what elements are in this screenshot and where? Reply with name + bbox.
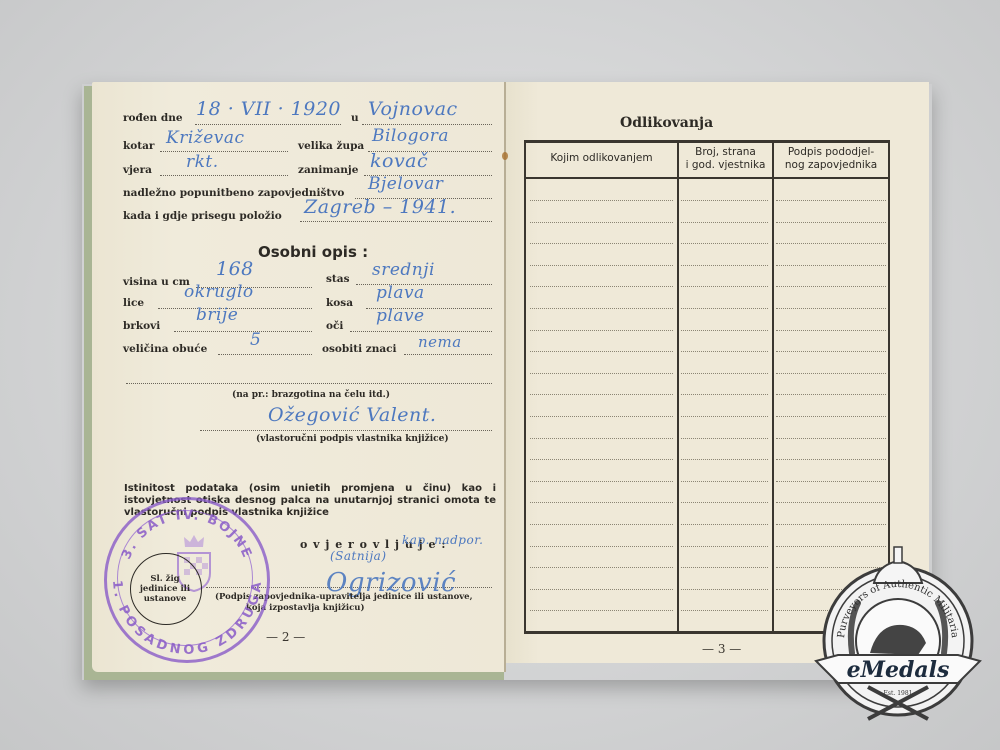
field-line: [404, 354, 492, 355]
table-row-line: [530, 416, 673, 417]
label-religion: vjera: [123, 164, 152, 176]
table-row-line: [530, 222, 673, 223]
value-distinguishing-marks: nema: [418, 333, 462, 351]
table-row-line: [530, 459, 673, 460]
table-row-line: [776, 524, 886, 525]
label-born-place: u: [351, 112, 359, 124]
table-row-line: [776, 308, 886, 309]
certified-by-unit: (Satnija): [330, 549, 387, 563]
label-district: kotar: [123, 140, 154, 152]
label-moustache: brkovi: [123, 320, 160, 332]
table-row-line: [776, 459, 886, 460]
table-row-line: [681, 416, 768, 417]
column-header-text: Broj, strana: [679, 146, 772, 159]
value-face: okruglo: [184, 282, 254, 302]
column-header-text: Podpis pododjel-: [774, 146, 888, 159]
signature-line: [200, 430, 492, 431]
label-distinguishing-marks: osobiti znaci: [322, 343, 397, 355]
table-row-line: [530, 330, 673, 331]
label-county: velika župa: [298, 140, 364, 152]
label-hair: kosa: [326, 297, 353, 309]
value-recruitment-command: Bjelovar: [368, 174, 443, 194]
value-oath: Zagreb – 1941.: [304, 196, 456, 218]
label-born-date: rođen dne: [123, 112, 183, 124]
table-row-line: [681, 438, 768, 439]
table-row-line: [530, 265, 673, 266]
value-occupation: kovač: [370, 150, 428, 172]
column-header-gazette: Broj, strana i god. vjestnika: [679, 146, 772, 172]
value-born-place: Vojnovac: [368, 98, 458, 120]
table-row-line: [530, 567, 673, 568]
table-row-line: [776, 330, 886, 331]
table-row-line: [530, 243, 673, 244]
value-moustache: brije: [196, 305, 238, 325]
table-row-line: [530, 481, 673, 482]
field-line: [350, 331, 492, 332]
table-row-line: [681, 546, 768, 547]
svg-text:3. SAT IV. BOJNE: 3. SAT IV. BOJNE: [119, 508, 255, 562]
table-row-line: [776, 243, 886, 244]
table-row-line: [530, 286, 673, 287]
table-row-line: [530, 502, 673, 503]
page-number-left: — 2 —: [266, 630, 305, 644]
value-county: Bilogora: [372, 126, 449, 146]
column-header-text: Kojim odlikovanjem: [526, 152, 677, 165]
table-row-line: [530, 610, 673, 611]
table-row-line: [681, 567, 768, 568]
field-line: [160, 175, 288, 176]
table-row-line: [530, 589, 673, 590]
column-header-text: i god. vjestnika: [679, 159, 772, 172]
column-header-decoration: Kojim odlikovanjem: [526, 152, 677, 165]
value-hair: plava: [376, 283, 425, 303]
personal-description-heading: Osobni opis :: [258, 243, 368, 261]
seal-placeholder-label: Sl. žig jedinice ili ustanove: [130, 574, 200, 604]
table-row-line: [776, 416, 886, 417]
marks-hint: (na pr.: brazgotina na čelu itd.): [232, 390, 390, 400]
seal-label-line: ustanove: [130, 594, 200, 604]
rust-spot: [502, 152, 508, 160]
label-build: stas: [326, 273, 349, 285]
table-row-line: [776, 481, 886, 482]
table-row-line: [681, 243, 768, 244]
table-row-line: [530, 373, 673, 374]
column-header-signature: Podpis pododjel- nog zapovjednika: [774, 146, 888, 172]
field-line: [126, 383, 492, 384]
table-row-line: [776, 286, 886, 287]
table-row-line: [776, 222, 886, 223]
column-separator: [772, 140, 774, 634]
decorations-title: Odlikovanja: [620, 115, 713, 131]
table-row-line: [776, 373, 886, 374]
field-line: [300, 221, 492, 222]
field-line: [218, 354, 312, 355]
table-row-line: [530, 394, 673, 395]
field-line: [195, 124, 341, 125]
table-row-line: [776, 438, 886, 439]
booklet-spine: [504, 82, 506, 672]
table-row-line: [681, 200, 768, 201]
table-row-line: [681, 330, 768, 331]
value-height: 168: [216, 258, 254, 280]
value-shoe-size: 5: [250, 330, 261, 350]
owner-signature: Ožegović Valent.: [268, 404, 436, 426]
table-row-line: [681, 373, 768, 374]
seal-label-line: jedinice ili: [130, 584, 200, 594]
table-row-line: [776, 502, 886, 503]
table-row-line: [530, 524, 673, 525]
table-row-line: [681, 481, 768, 482]
table-row-line: [681, 524, 768, 525]
label-shoe-size: veličina obuće: [123, 343, 207, 355]
column-separator: [677, 140, 679, 634]
field-line: [362, 124, 492, 125]
table-row-line: [530, 308, 673, 309]
table-row-line: [681, 351, 768, 352]
value-build: srednji: [372, 260, 435, 280]
table-row-line: [681, 394, 768, 395]
table-row-line: [681, 222, 768, 223]
table-row-line: [530, 351, 673, 352]
seal-label-line: Sl. žig: [130, 574, 200, 584]
table-row-line: [681, 265, 768, 266]
table-row-line: [776, 394, 886, 395]
page-number-right: — 3 —: [702, 642, 741, 656]
table-row-line: [530, 200, 673, 201]
value-eyes: plave: [376, 306, 425, 326]
table-header-rule: [524, 177, 890, 179]
value-religion: rkt.: [186, 152, 219, 172]
table-row-line: [776, 265, 886, 266]
label-face: lice: [123, 297, 144, 309]
table-row-line: [681, 459, 768, 460]
value-district: Križevac: [166, 128, 245, 148]
table-row-line: [776, 351, 886, 352]
field-line: [174, 331, 312, 332]
table-row-line: [681, 589, 768, 590]
table-row-line: [681, 610, 768, 611]
label-height: visina u cm: [123, 276, 190, 288]
field-line: [160, 151, 288, 152]
certified-by-rank: kap. nadpor.: [402, 533, 483, 547]
svg-text:eMedals: eMedals: [847, 657, 950, 683]
label-oath: kada i gdje prisegu položio: [123, 210, 282, 222]
emedals-watermark-logo: eMedals Est. 1981 Purveyors of Authentic…: [808, 543, 988, 728]
label-occupation: zanimanje: [298, 164, 358, 176]
table-row-line: [530, 438, 673, 439]
table-row-line: [681, 502, 768, 503]
column-header-text: nog zapovjednika: [774, 159, 888, 172]
table-row-line: [530, 546, 673, 547]
owner-signature-caption: (vlastoručni podpis vlastnika knjižice): [256, 434, 449, 444]
table-row-line: [681, 308, 768, 309]
table-row-line: [776, 200, 886, 201]
label-eyes: oči: [326, 320, 343, 332]
table-row-line: [681, 286, 768, 287]
value-born-date: 18 · VII · 1920: [196, 98, 341, 120]
